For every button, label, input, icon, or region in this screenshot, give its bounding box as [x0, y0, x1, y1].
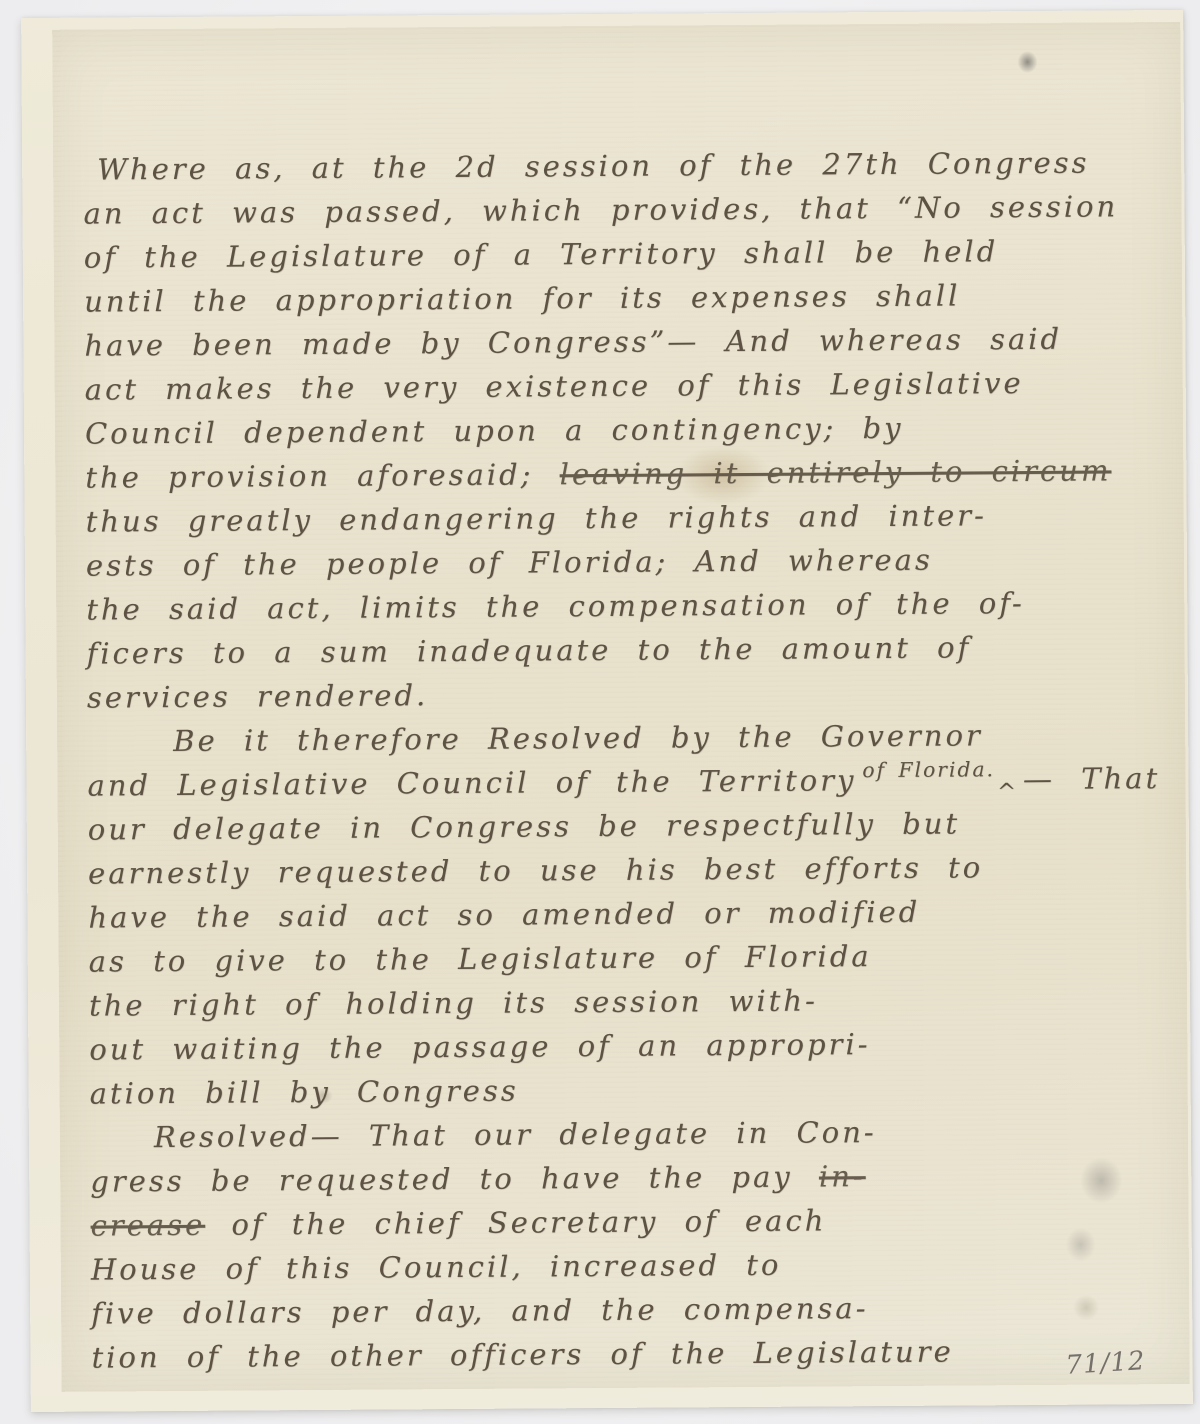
manuscript-line: have been made by Congress”— And whereas… — [84, 316, 1150, 367]
page-number-annotation: 71/12 — [1065, 1346, 1147, 1381]
manuscript-line: services rendered. — [87, 668, 1153, 719]
insertion-caret: ^ — [997, 779, 1019, 805]
interlined-insertion: of Florida. — [862, 758, 995, 783]
handwritten-text: gress be requested to have the pay — [90, 1159, 819, 1198]
handwritten-text: ests of the people of Florida; And where… — [86, 543, 933, 583]
handwritten-text: of the Legislature of a Territory shall … — [84, 234, 999, 274]
manuscript-line: Where as, at the 2d session of the 27th … — [83, 140, 1149, 191]
manuscript-line: act makes the very existence of this Leg… — [85, 360, 1151, 411]
manuscript-line: until the appropriation for its expenses… — [84, 272, 1150, 323]
manuscript-line: tion of the other officers of the Legisl… — [91, 1328, 1157, 1379]
handwritten-text: out waiting the passage of an appropri- — [89, 1027, 870, 1066]
manuscript-line: ests of the people of Florida; And where… — [86, 536, 1152, 587]
manuscript-line: earnestly requested to use his best effo… — [88, 844, 1154, 895]
manuscript-line: gress be requested to have the pay in- — [90, 1152, 1156, 1203]
handwritten-text: our delegate in Congress be respectfully… — [88, 806, 960, 846]
handwritten-text: five dollars per day, and the compensa- — [91, 1291, 868, 1330]
handwritten-text: ficers to a sum inadequate to the amount… — [86, 630, 971, 670]
manuscript-line: House of this Council, increased to — [91, 1240, 1157, 1291]
handwritten-text: — That — [1023, 761, 1160, 796]
handwritten-text: the provision aforesaid; — [85, 457, 560, 494]
handwritten-text: Resolved— That our delegate in Con- — [154, 1115, 877, 1154]
handwritten-text: as to give to the Legislature of Florida — [89, 939, 872, 978]
scan-background: Where as, at the 2d session of the 27th … — [0, 0, 1200, 1424]
manuscript-line: and Legislative Council of the Territory… — [87, 756, 1153, 807]
manuscript-line: crease of the chief Secretary of each — [90, 1196, 1156, 1247]
handwritten-text: have been made by Congress”— And whereas… — [84, 322, 1062, 363]
handwritten-text: Where as, at the 2d session of the 27th … — [97, 146, 1090, 187]
handwritten-text: services rendered. — [87, 678, 429, 714]
manuscript-line: five dollars per day, and the compensa- — [91, 1284, 1157, 1335]
manuscript-line: the provision aforesaid; leaving it enti… — [85, 448, 1151, 499]
ink-smudge — [1017, 51, 1037, 73]
struck-out-text: in- — [819, 1159, 866, 1193]
handwritten-text: act makes the very existence of this Leg… — [85, 366, 1024, 407]
handwritten-text: and Legislative Council of the Territory — [87, 763, 856, 802]
manuscript-line: the right of holding its session with- — [89, 976, 1155, 1027]
handwritten-text: Council dependent upon a contingency; by — [85, 411, 904, 451]
handwritten-text: House of this Council, increased to — [91, 1248, 782, 1287]
manuscript-sheet-group: Where as, at the 2d session of the 27th … — [0, 0, 1200, 1424]
handwritten-text: earnestly requested to use his best effo… — [88, 850, 983, 890]
manuscript-line: Council dependent upon a contingency; by — [85, 404, 1151, 455]
handwritten-text: tion of the other officers of the Legisl… — [91, 1335, 953, 1375]
handwritten-text: Be it therefore Resolved by the Governor — [173, 718, 983, 758]
manuscript-line: our delegate in Congress be respectfully… — [88, 800, 1154, 851]
handwritten-text: the right of holding its session with- — [89, 983, 818, 1022]
manuscript-line: thus greatly endangering the rights and … — [86, 492, 1152, 543]
manuscript-line: an act was passed, which provides, that … — [83, 184, 1149, 235]
manuscript-line: the said act, limits the compensation of… — [86, 580, 1152, 631]
handwritten-text: of the chief Secretary of each — [205, 1203, 826, 1241]
manuscript-line: have the said act so amended or modified — [88, 888, 1154, 939]
handwritten-text: thus greatly endangering the rights and … — [86, 498, 987, 538]
manuscript-line: as to give to the Legislature of Florida — [89, 932, 1155, 983]
manuscript-line: of the Legislature of a Territory shall … — [84, 228, 1150, 279]
handwritten-text: until the appropriation for its expenses… — [84, 278, 960, 318]
handwritten-text: the said act, limits the compensation of… — [86, 586, 1025, 627]
manuscript-line: out waiting the passage of an appropri- — [89, 1020, 1155, 1071]
manuscript-line: ficers to a sum inadequate to the amount… — [86, 624, 1152, 675]
struck-out-text: leaving it entirely to circum — [560, 453, 1112, 491]
manuscript-line: Resolved— That our delegate in Con- — [90, 1108, 1156, 1159]
manuscript-line: ation bill by Congress — [89, 1064, 1155, 1115]
handwritten-text: ation bill by Congress — [90, 1074, 519, 1111]
handwritten-text: an act was passed, which provides, that … — [83, 189, 1118, 230]
manuscript-line: Be it therefore Resolved by the Governor — [87, 712, 1153, 763]
handwritten-text: have the said act so amended or modified — [88, 895, 920, 935]
manuscript-page: Where as, at the 2d session of the 27th … — [52, 22, 1189, 1392]
struck-out-text: crease — [90, 1208, 205, 1243]
manuscript-lines: Where as, at the 2d session of the 27th … — [83, 140, 1158, 1379]
